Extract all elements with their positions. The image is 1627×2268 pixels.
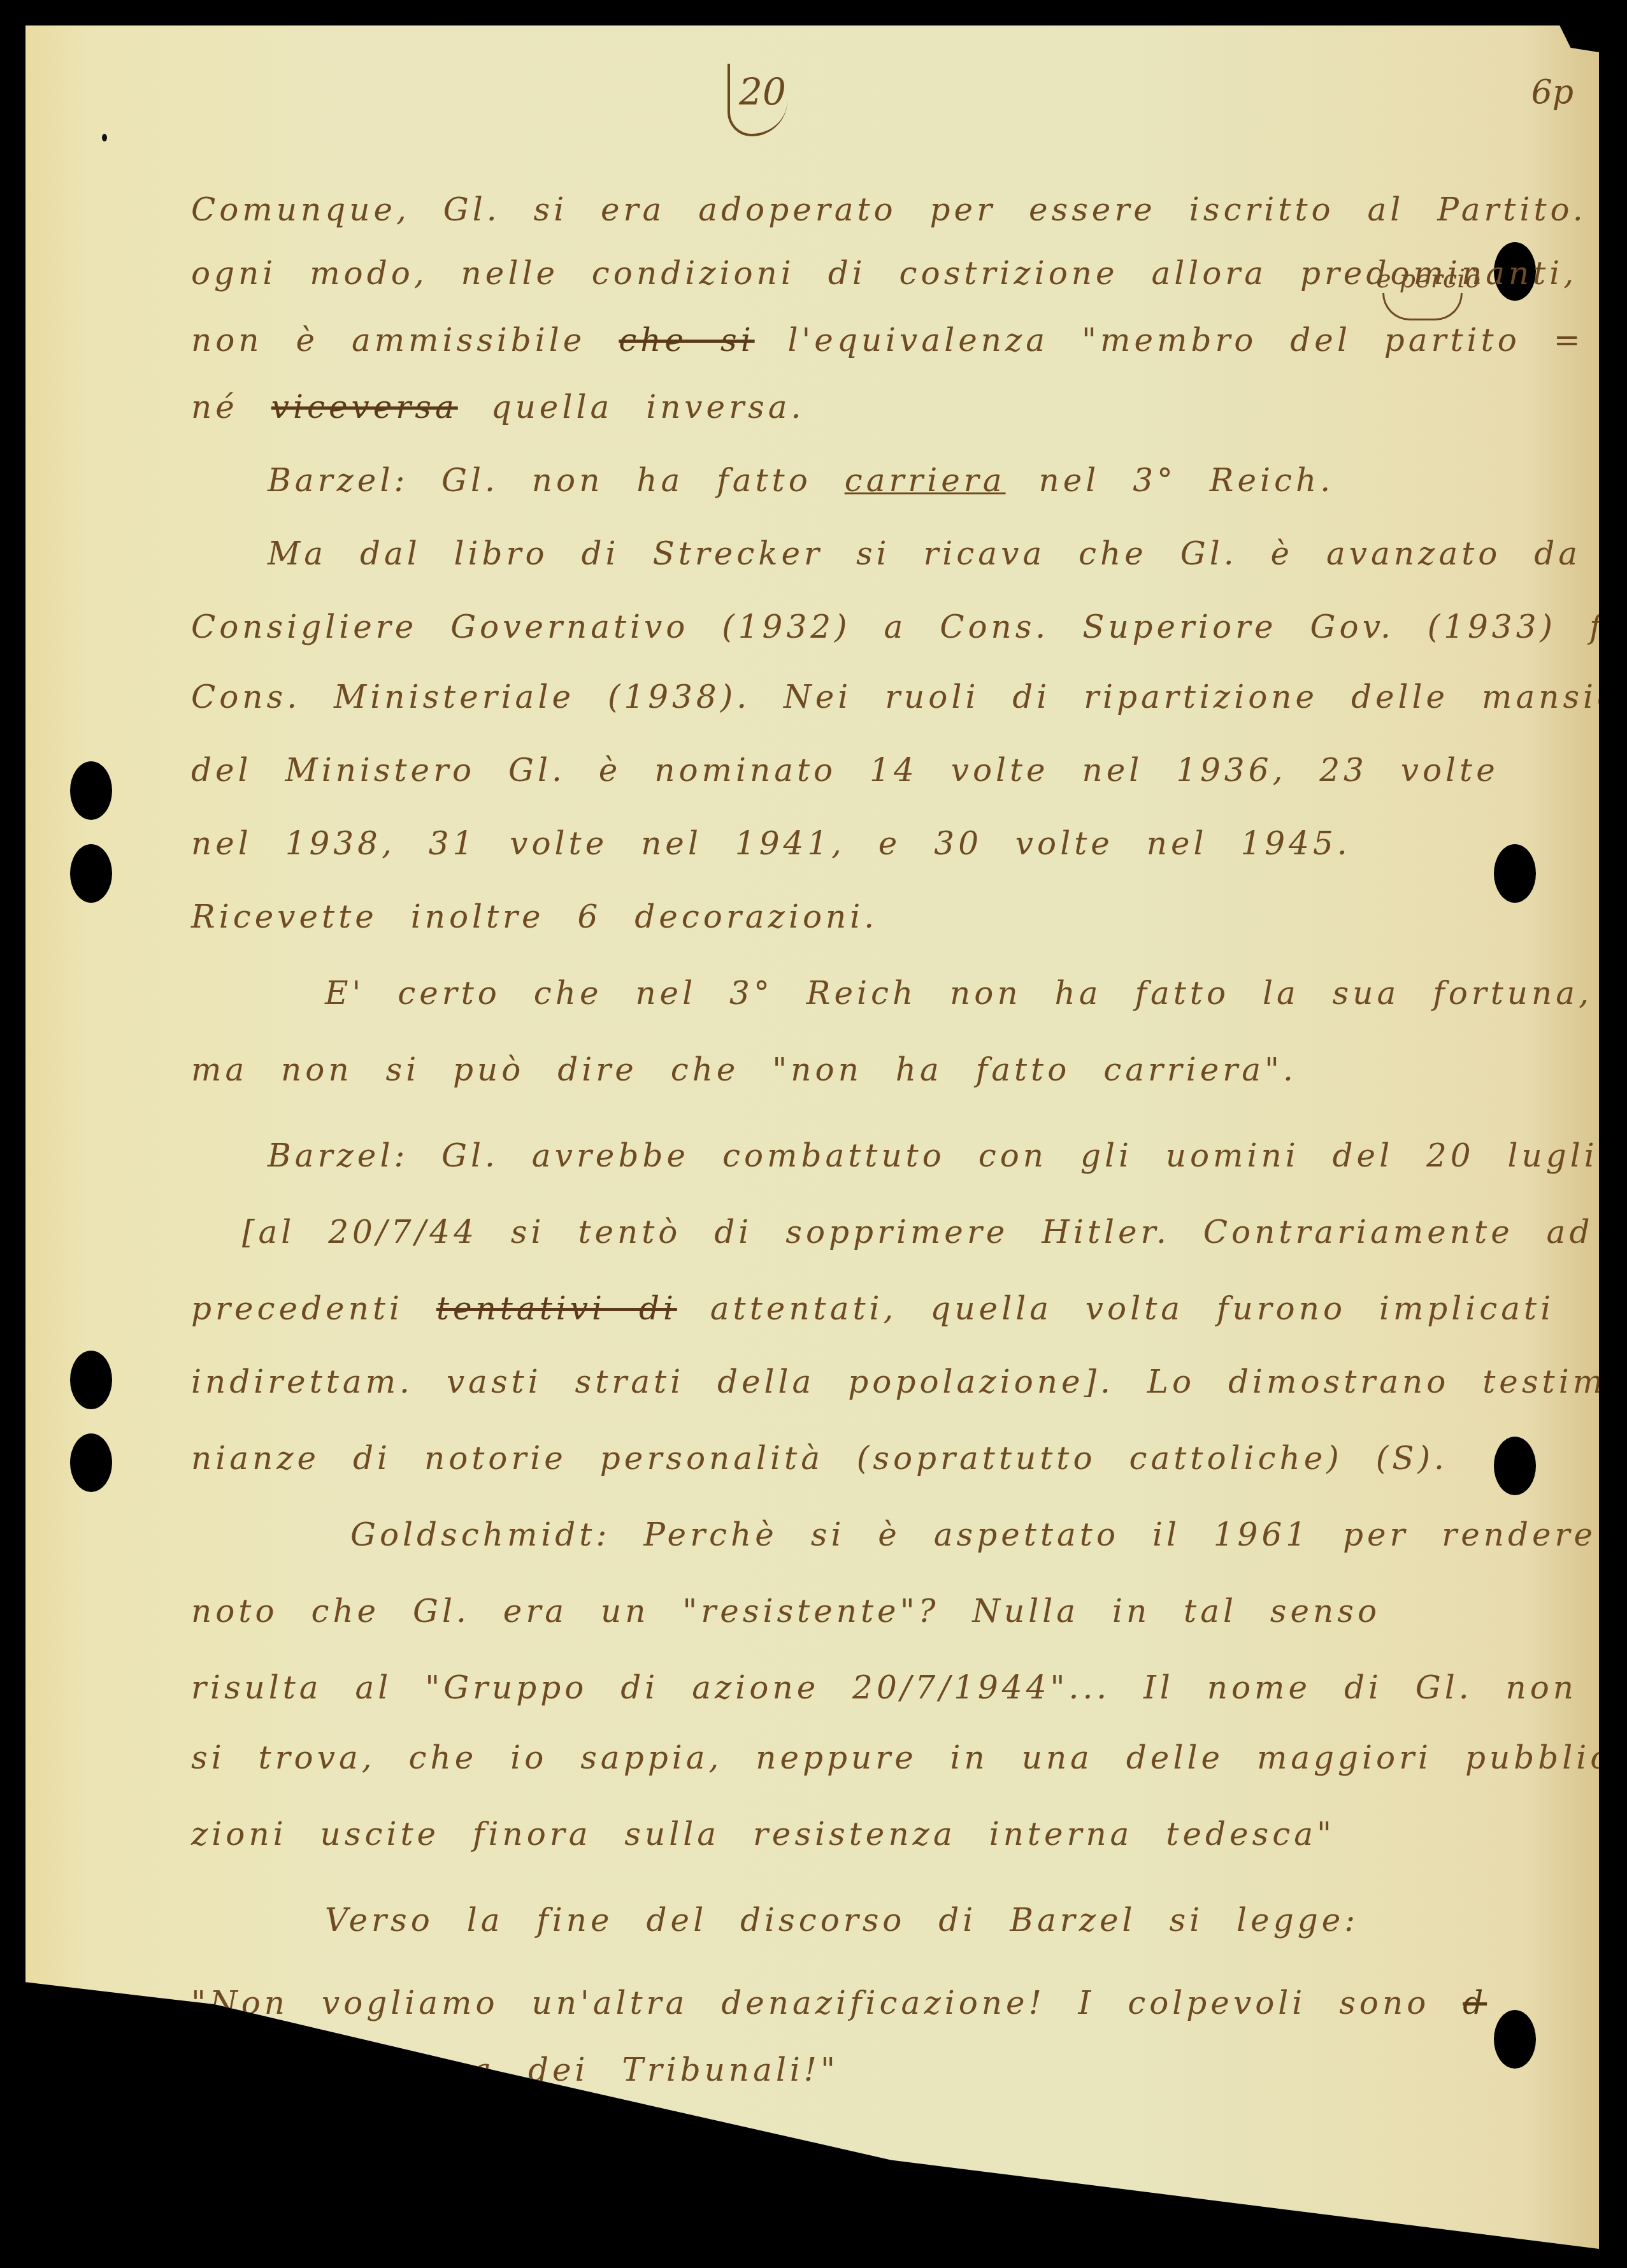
insertion-note: e perciò — [1376, 264, 1480, 294]
punch-hole-left-4 — [70, 1433, 112, 1492]
text-line-9: del Ministero Gl. è nominato 14 volte ne… — [191, 752, 1499, 789]
text-line-26: di competenza dei Tribunali!" — [191, 2051, 839, 2088]
text-line-19: Goldschmidt: Perchè si è aspettato il 19… — [350, 1516, 1596, 1553]
text-line-25: "Non vogliamo un'altra denazificazione! … — [191, 1984, 1487, 2021]
punch-hole-right-4 — [1494, 2010, 1536, 2069]
page-number-bracket — [727, 64, 787, 136]
text-line-4: né viceversa quella inversa. — [191, 389, 805, 426]
text-line-23: zioni uscite finora sulla resistenza int… — [191, 1816, 1335, 1853]
text-line-21: risulta al "Gruppo di azione 20/7/1944".… — [191, 1669, 1577, 1706]
punch-hole-right-2 — [1494, 844, 1536, 903]
text-line-16: precedenti tentativi di attentati, quell… — [191, 1290, 1554, 1327]
punch-hole-left-2 — [70, 844, 112, 903]
insertion-caret — [1382, 293, 1463, 320]
text-line-1: Comunque, Gl. si era adoperato per esser… — [191, 191, 1627, 228]
ink-speck — [102, 134, 107, 141]
text-line-6: Ma dal libro di Strecker si ricava che G… — [268, 535, 1581, 572]
punch-hole-right-3 — [1494, 1437, 1536, 1495]
corner-annotation: 6p — [1531, 73, 1573, 111]
text-line-15: [al 20/7/44 si tentò di sopprimere Hitle… — [242, 1214, 1627, 1251]
text-line-22: si trova, che io sappia, neppure in una … — [191, 1739, 1627, 1776]
text-line-3: non è ammissibile che si l'equivalenza "… — [191, 322, 1627, 359]
text-line-13: ma non si può dire che "non ha fatto car… — [191, 1051, 1297, 1088]
text-line-8: Cons. Ministeriale (1938). Nei ruoli di … — [191, 678, 1627, 715]
manuscript-page: 20 6p Comunque, Gl. si era adoperato per… — [25, 25, 1599, 2249]
text-line-11: Ricevette inoltre 6 decorazioni. — [191, 898, 878, 935]
text-line-24: Verso la fine del discorso di Barzel si … — [325, 1902, 1359, 1939]
punch-hole-left-1 — [70, 761, 112, 820]
text-line-10: nel 1938, 31 volte nel 1941, e 30 volte … — [191, 825, 1351, 862]
text-line-17: indirettam. vasti strati della popolazio… — [191, 1363, 1627, 1400]
text-line-2: ogni modo, nelle condizioni di costrizio… — [191, 255, 1577, 292]
text-line-18: nianze di notorie personalità (soprattut… — [191, 1440, 1448, 1477]
struck-text: che si — [619, 322, 754, 359]
text-line-20: noto che Gl. era un "resistente"? Nulla … — [191, 1593, 1380, 1630]
text-line-5: Barzel: Gl. non ha fatto carriera nel 3°… — [268, 462, 1334, 499]
underlined-text: carriera — [845, 462, 1006, 499]
struck-text: viceversa — [271, 389, 458, 426]
text-line-7: Consigliere Governativo (1932) a Cons. S… — [191, 608, 1627, 645]
text-line-14: Barzel: Gl. avrebbe combattuto con gli u… — [268, 1137, 1621, 1174]
punch-hole-left-3 — [70, 1351, 112, 1409]
struck-text: d — [1463, 1984, 1487, 2021]
text-line-12: E' certo che nel 3° Reich non ha fatto l… — [325, 975, 1593, 1012]
struck-text: tentativi di — [436, 1290, 677, 1327]
page-number: 20 — [739, 70, 786, 113]
